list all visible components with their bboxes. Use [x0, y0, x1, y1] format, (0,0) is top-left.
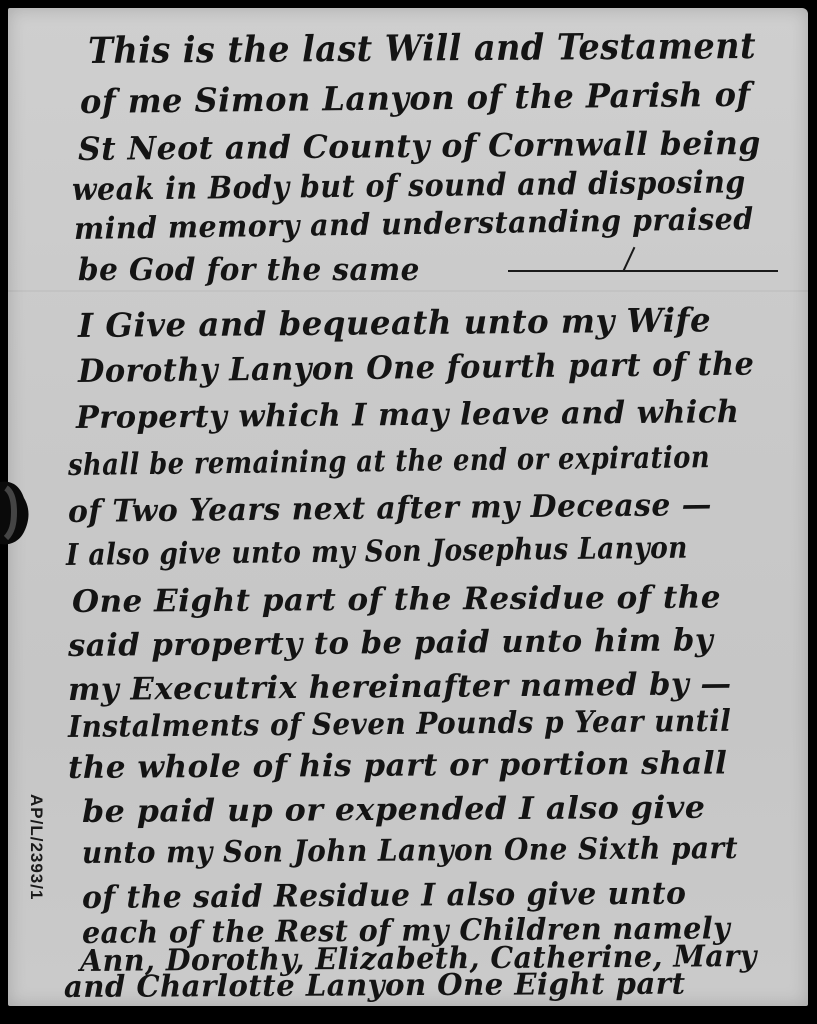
archive-reference: AP/L/2393/1 [46, 794, 66, 924]
line-filler-rule [508, 270, 778, 272]
document-page: This is the last Will and Testament of m… [8, 8, 808, 1006]
will-line-3: St Neot and County of Cornwall being [78, 124, 761, 168]
will-line-7: I Give and bequeath unto my Wife [78, 300, 711, 345]
binding-clip-icon [0, 478, 34, 548]
will-line-1: This is the last Will and Testament [88, 25, 756, 72]
will-line-9: Property which I may leave and which [76, 394, 740, 436]
paper-fold-line [8, 290, 808, 292]
will-line-10: shall be remaining at the end or expirat… [68, 440, 710, 483]
will-line-13: One Eight part of the Residue of the [72, 579, 721, 620]
will-line-15: my Executrix hereinafter named by — [68, 666, 732, 708]
will-line-2: of me Simon Lanyon of the Parish of [80, 75, 751, 121]
will-line-6: be God for the same [78, 252, 420, 288]
line-filler-hook [623, 247, 636, 271]
will-line-14: said property to be paid unto him by [68, 622, 714, 664]
will-line-18: be paid up or expended I also give [82, 790, 706, 830]
will-line-5: mind memory and understanding praised [74, 202, 754, 247]
archive-reference-number: AP/L/2393/1 [26, 794, 46, 900]
will-line-12: I also give unto my Son Josephus Lanyon [66, 531, 688, 573]
will-line-16: Instalments of Seven Pounds p Year until [68, 704, 731, 745]
will-line-8: Dorothy Lanyon One fourth part of the [78, 345, 755, 390]
will-line-11: of Two Years next after my Decease — [68, 487, 712, 530]
will-line-17: the whole of his part or portion shall [68, 745, 728, 786]
will-line-19: unto my Son John Lanyon One Sixth part [82, 831, 738, 871]
will-line-4: weak in Body but of sound and disposing [72, 164, 746, 208]
will-line-23: and Charlotte Lanyon One Eight part [64, 967, 686, 1005]
will-line-20: of the said Residue I also give unto [82, 876, 687, 916]
